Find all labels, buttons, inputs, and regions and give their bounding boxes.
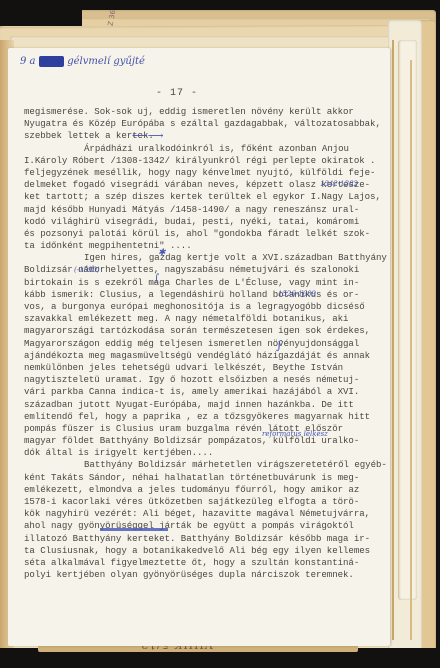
years-annotation-nagy-lajos: 1342-1382 (320, 180, 358, 188)
brace-annotation: ∫ (154, 273, 159, 284)
background-top-left (0, 0, 82, 26)
years-annotation-boldizsar: (-1590) (74, 266, 100, 274)
text-line: ket tartott; a szép diszes kertek terült… (24, 191, 386, 203)
text-line: említendő fel, hogy a paprika , ez a tőz… (24, 411, 386, 423)
text-line: Árpádházi uralkodóinkról is, főként azon… (24, 143, 386, 155)
brace-annotation-botanikus: ∫ (276, 338, 282, 352)
underline-annotation (100, 528, 168, 531)
text-line: ta Clusiusnak, hogy a botanikakedvelő Al… (24, 545, 386, 557)
text-line: nagytiszteletü uramat. Igy ő hozott első… (24, 374, 386, 386)
text-line: kök nagyhirü vezérét: Ali béget, hazavit… (24, 508, 386, 520)
header-note-text: gélvmelí gyűjté (67, 56, 145, 67)
body-text: megismerése. Sok-sok uj, eddig ismeretle… (24, 106, 386, 581)
text-line: séta alkalmával figyelmeztette őt, hogy … (24, 557, 386, 569)
handwritten-header-note: 9 a ᴍᴍᴍ gélvmelí gyűjté (20, 56, 145, 67)
text-line: kodó világhirü visegrádi, budai, pesti, … (24, 216, 386, 228)
text-line: 1578-i kacorlaki véres ütközetben sajátk… (24, 496, 386, 508)
text-line: feljegyzének meséllik, hogy nagy kénvelm… (24, 167, 386, 179)
beythe-annotation: református lelkész (262, 430, 328, 438)
text-line: Magyarországon eddig még teljesen ismere… (24, 338, 386, 350)
text-line: magyar földet Batthyány Boldizsár pompáz… (24, 435, 386, 447)
text-line: emlékezett, elmondva a jeles tudományu f… (24, 484, 386, 496)
text-line: Nyugatra és Közép Európába s ezáltal gaz… (24, 118, 386, 130)
text-line: majd később Hunyadi Mátyás /1458-1490/ a… (24, 204, 386, 216)
text-line: szavakkal emlékezett meg. A nagy németal… (24, 313, 386, 325)
text-line: ta időnként megpihentetni" .... (24, 240, 386, 252)
years-annotation-clusius: 1526-1609 (278, 290, 316, 298)
typewritten-page: 9 a ᴍᴍᴍ gélvmelí gyűjté - 17 - megismeré… (8, 48, 390, 646)
text-line: birtokain is s ezekről maga Charles de L… (24, 277, 386, 289)
double-arrow-annotation: ⟵⟶ (132, 129, 164, 142)
text-line: dók által is irigyelt kertjében.... (24, 447, 386, 459)
text-line: Igen hires, gazdag kertje volt a XVI.szá… (24, 252, 386, 264)
text-line: megismerése. Sok-sok uj, eddig ismeretle… (24, 106, 386, 118)
text-line: szebbek lettek a kertek. (24, 130, 386, 142)
text-line: polyi kertjében olyan gyönyörüséges dupl… (24, 569, 386, 581)
text-line: nemkülönben jeles tehetségü udvari lelké… (24, 362, 386, 374)
text-line: ahol nagy gyönyörüséggel járták be együt… (24, 520, 386, 532)
text-line: kább ismerik: Clusius, a legendáshirü ho… (24, 289, 386, 301)
struck-out-word: ᴍᴍᴍ (39, 56, 64, 67)
text-line: vári parkba Canna indica-t is, amely ame… (24, 386, 386, 398)
text-line: ként Takáts Sándor, néhai halhatatlan tö… (24, 472, 386, 484)
aged-sheet-edge (398, 40, 417, 600)
text-line: I.Károly Róbert /1308-1342/ királyunkról… (24, 155, 386, 167)
page-number: - 17 - (156, 88, 198, 99)
text-line: vos, a burgonya európai meghonositója is… (24, 301, 386, 313)
text-line: ajándékozta meg magasmüveltségü vendéglá… (24, 350, 386, 362)
text-line: magyarországi tartózkodása során termész… (24, 325, 386, 337)
text-line: pompás füszer is Clusius uram buzgalma r… (24, 423, 386, 435)
text-line: században jutott Nyugat-Európába, majd i… (24, 399, 386, 411)
text-line: illatozó Batthyány kerteket. Batthyány B… (24, 533, 386, 545)
sheet-edge-line (392, 40, 394, 640)
text-line: Batthyány Boldizsár márhetetlen virágsze… (24, 459, 386, 471)
sheet-edge-line (410, 60, 412, 640)
ink-mark: ✱ (158, 248, 166, 258)
text-line: és pozsonyi palotái körül is, ahol "gond… (24, 228, 386, 240)
header-note-prefix: 9 a (20, 56, 36, 67)
